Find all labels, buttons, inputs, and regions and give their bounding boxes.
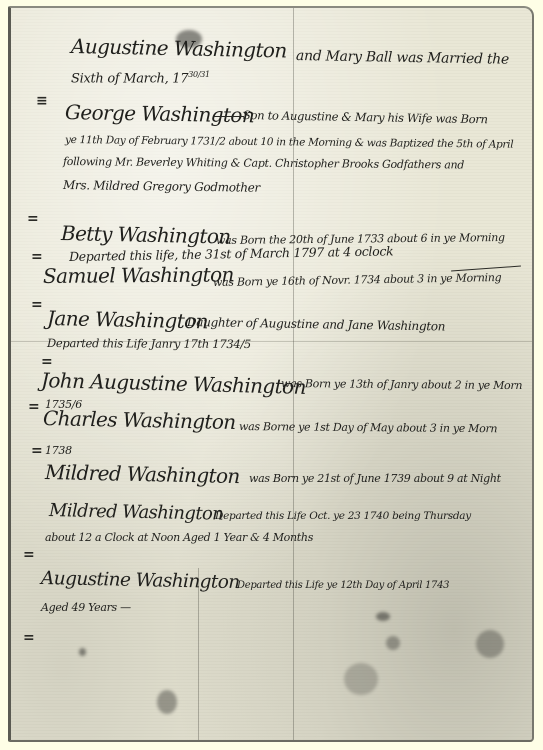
margin-mark: ≡: [36, 94, 48, 108]
entry-name: George Washington: [65, 100, 255, 127]
margin-mark: =: [31, 298, 43, 312]
margin-mark: =: [23, 548, 35, 562]
entry-text: Departed this life, the 31st of March 17…: [69, 243, 394, 264]
flourish-line: [214, 116, 244, 117]
entry-text: and Mary Ball was Married the: [296, 48, 509, 68]
entry-text: ye 11th Day of February 1731/2 about 10 …: [65, 134, 513, 151]
ink-spot: [386, 636, 400, 650]
entry-name: Jane Washington: [47, 306, 208, 333]
entry-text: was Borne ye 1st Day of May about 3 in y…: [239, 420, 497, 435]
entry-text: Mrs. Mildred Gregory Godmother: [63, 178, 260, 195]
entry-text: was Born ye 13th of Janry about 2 in ye …: [281, 377, 522, 392]
entry-date: Sixth of March, 17: [71, 71, 188, 86]
margin-mark: =: [23, 631, 35, 645]
entry-name: John Augustine Washington: [41, 368, 306, 399]
entry-text: Departed this Life Oct. ye 23 1740 being…: [215, 510, 471, 522]
entry-name: Samuel Washington: [43, 262, 234, 288]
entry-year: 1738: [45, 444, 72, 457]
entry-text: Daughter of Augustine and Jane Washingto…: [187, 315, 445, 334]
ink-blot: [476, 630, 504, 658]
margin-mark: =: [31, 250, 43, 264]
entry-text: Aged 49 Years —: [41, 601, 131, 614]
entry-name: Mildred Washington: [45, 460, 240, 488]
entry-text: Departed this Life Janry 17th 1734/5: [47, 336, 251, 351]
margin-mark: =: [31, 444, 43, 458]
entry-name: Mildred Washington: [49, 500, 224, 525]
entry-text: following Mr. Beverley Whiting & Capt. C…: [63, 155, 464, 171]
entry-text: Son to Augustine & Mary his Wife was Bor…: [243, 108, 488, 126]
margin-mark: =: [28, 400, 40, 414]
ink-blot: [157, 690, 177, 714]
entry-name: Augustine Washington: [71, 34, 287, 63]
vertical-fold-crease-lower: [198, 568, 199, 740]
entry-text: was Born ye 21st of June 1739 about 9 at…: [249, 472, 501, 485]
ink-spot: [376, 612, 390, 621]
entry-text: Departed this Life ye 12th Day of April …: [237, 580, 449, 591]
entry-text: was Born ye 16th of Novr. 1734 about 3 i…: [213, 271, 502, 289]
entry-name: Betty Washington: [61, 221, 231, 249]
manuscript-page: ≡ = = = = = = = = Augustine Washington a…: [8, 6, 534, 742]
entry-name: Charles Washington: [43, 406, 236, 434]
margin-mark: =: [41, 355, 53, 369]
ink-spot: [79, 648, 86, 656]
water-stain: [344, 663, 378, 695]
entry-date-superscript: 30/31: [188, 70, 210, 79]
entry-name: Augustine Washington: [41, 568, 240, 593]
entry-text: about 12 a Clock at Noon Aged 1 Year & 4…: [45, 531, 313, 544]
margin-mark: =: [27, 212, 39, 226]
entry-text: Sixth of March, 1730/31: [71, 70, 210, 86]
